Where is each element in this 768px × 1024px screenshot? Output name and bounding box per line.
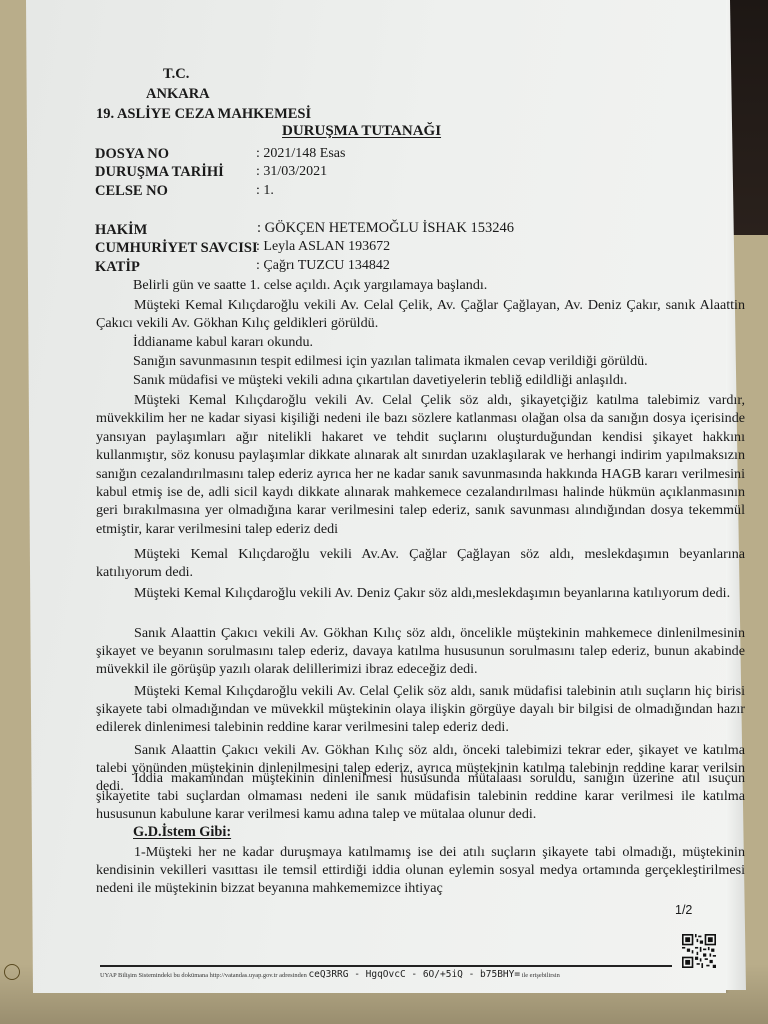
header-city: ANKARA — [146, 86, 210, 103]
official-label-clerk: KATİP — [95, 259, 140, 276]
statement-cakir: Müşteki Kemal Kılıçdaroğlu vekili Av. De… — [96, 584, 745, 602]
header-country: T.C. — [163, 66, 189, 83]
attendance-paragraph: Müşteki Kemal Kılıçdaroğlu vekili Av. Ce… — [96, 296, 745, 332]
prosecutor-opinion: İddia makamından müştekinin dinlenilmesi… — [96, 769, 745, 824]
footer-prefix: UYAP Bilişim Sistemindeki bu dokümana ht… — [100, 972, 307, 979]
case-label-hearing-date: DURUŞMA TARİHİ — [95, 164, 224, 181]
statement-caglayan: Müşteki Kemal Kılıçdaroğlu vekili Av.Av.… — [96, 545, 745, 581]
opening-text: Belirli gün ve saatte 1. celse açıldı. A… — [133, 277, 487, 294]
summons-text: Sanık müdafisi ve müşteki vekili adına ç… — [133, 372, 627, 389]
document: T.C. ANKARA 19. ASLİYE CEZA MAHKEMESİ DU… — [0, 0, 768, 1024]
official-label-prosecutor: CUMHURİYET SAVCISI — [95, 240, 258, 257]
statement-kilic-1: Sanık Alaattin Çakıcı vekili Av. Gökhan … — [96, 624, 745, 679]
defense-request-text: Sanığın savunmasının tespit edilmesi içi… — [133, 353, 648, 370]
document-title: DURUŞMA TUTANAĞI — [282, 123, 441, 140]
indictment-text: İddianame kabul kararı okundu. — [133, 334, 313, 351]
footer-verification: UYAP Bilişim Sistemindeki bu dokümana ht… — [100, 969, 560, 980]
statement-celik-2: Müşteki Kemal Kılıçdaroğlu vekili Av. Ce… — [96, 682, 745, 737]
decision-item-1: 1-Müşteki her ne kadar duruşmaya katılma… — [96, 843, 745, 898]
qr-code-icon — [682, 934, 716, 968]
decision-heading: G.D.İstem Gibi: — [133, 824, 231, 841]
official-value-judge: : GÖKÇEN HETEMOĞLU İSHAK 153246 — [257, 220, 514, 237]
official-value-prosecutor: : Leyla ASLAN 193672 — [256, 239, 390, 255]
case-label-session-no: CELSE NO — [95, 183, 168, 200]
header-court: 19. ASLİYE CEZA MAHKEMESİ — [96, 106, 311, 123]
footer-divider — [100, 965, 672, 967]
footer-suffix: ile erişebilirsin — [522, 972, 560, 979]
footer-access-code: ceQ3RRG - HgqOvcC - 6O/+5iQ - b75BHY= — [308, 969, 520, 980]
statement-celik-1: Müşteki Kemal Kılıçdaroğlu vekili Av. Ce… — [96, 391, 745, 538]
case-value-hearing-date: : 31/03/2021 — [256, 164, 327, 180]
official-label-judge: HAKİM — [95, 222, 147, 239]
official-value-clerk: : Çağrı TUZCU 134842 — [256, 258, 390, 274]
case-label-file-no: DOSYA NO — [95, 146, 169, 163]
page-number: 1/2 — [675, 903, 692, 917]
case-value-session-no: : 1. — [256, 183, 274, 199]
case-value-file-no: : 2021/148 Esas — [256, 146, 345, 162]
